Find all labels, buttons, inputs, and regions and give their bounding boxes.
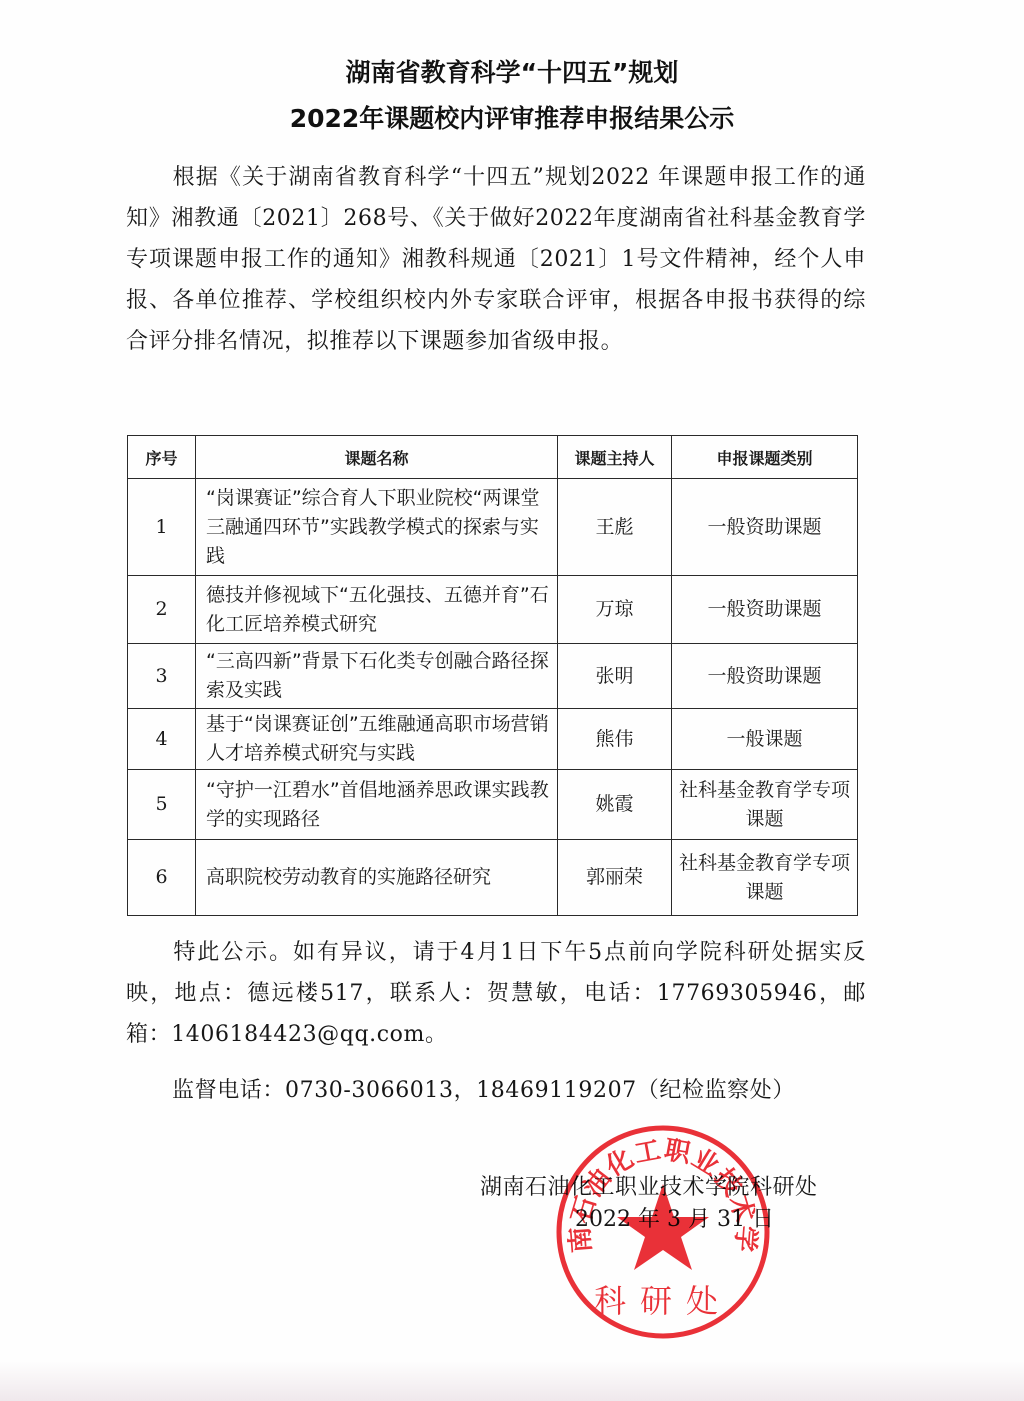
- intro-text: 根据《关于湖南省教育科学“十四五”规划2022 年课题申报工作的通知》湘教通〔2…: [126, 165, 866, 354]
- notice-text: 特此公示。如有异议，请于4月1日下午5点前向学院科研处据实反映，地点：德远楼51…: [126, 940, 866, 1047]
- project-category: 一般课题: [672, 709, 858, 770]
- title-line-2: 2022年课题校内评审推荐申报结果公示: [0, 96, 1024, 142]
- project-category: 社科基金教育学专项课题: [672, 770, 858, 840]
- table-row: 3 “三高四新”背景下石化类专创融合路径探索及实践 张明 一般资助课题: [128, 644, 858, 709]
- project-title: “三高四新”背景下石化类专创融合路径探索及实践: [196, 644, 558, 709]
- row-number: 5: [128, 770, 196, 840]
- table-header-row: 序号 课题名称 课题主持人 申报课题类别: [128, 436, 858, 479]
- project-title: 基于“岗课赛证创”五维融通高职市场营销人才培养模式研究与实践: [196, 709, 558, 770]
- row-number: 6: [128, 840, 196, 916]
- scan-edge-shadow: [0, 1361, 1024, 1401]
- notice-paragraph: 特此公示。如有异议，请于4月1日下午5点前向学院科研处据实反映，地点：德远楼51…: [126, 932, 866, 1055]
- header-title: 课题名称: [196, 436, 558, 479]
- header-number: 序号: [128, 436, 196, 479]
- project-category: 一般资助课题: [672, 644, 858, 709]
- project-title: 高职院校劳动教育的实施路径研究: [196, 840, 558, 916]
- official-seal-icon: 湖南石油化工职业技术学院 科研处: [553, 1122, 773, 1342]
- row-number: 2: [128, 576, 196, 644]
- table-row: 5 “守护一江碧水”首倡地涵养思政课实践教学的实现路径 姚霞 社科基金教育学专项…: [128, 770, 858, 840]
- project-host: 郭丽荣: [558, 840, 672, 916]
- document-page: 湖南省教育科学“十四五”规划 2022年课题校内评审推荐申报结果公示 根据《关于…: [0, 0, 1024, 1401]
- project-category: 社科基金教育学专项课题: [672, 840, 858, 916]
- table-row: 2 德技并修视域下“五化强技、五德并育”石化工匠培养模式研究 万琼 一般资助课题: [128, 576, 858, 644]
- header-host: 课题主持人: [558, 436, 672, 479]
- project-host: 万琼: [558, 576, 672, 644]
- project-category: 一般资助课题: [672, 576, 858, 644]
- table-row: 1 “岗课赛证”综合育人下职业院校“两课堂三融通四环节”实践教学模式的探索与实践…: [128, 479, 858, 576]
- document-title: 湖南省教育科学“十四五”规划 2022年课题校内评审推荐申报结果公示: [0, 50, 1024, 142]
- row-number: 3: [128, 644, 196, 709]
- supervision-paragraph: 监督电话：0730-3066013，18469119207（纪检监察处）: [126, 1070, 866, 1111]
- project-title: “守护一江碧水”首倡地涵养思政课实践教学的实现路径: [196, 770, 558, 840]
- project-title: “岗课赛证”综合育人下职业院校“两课堂三融通四环节”实践教学模式的探索与实践: [196, 479, 558, 576]
- title-line-1: 湖南省教育科学“十四五”规划: [0, 50, 1024, 96]
- project-category: 一般资助课题: [672, 479, 858, 576]
- row-number: 4: [128, 709, 196, 770]
- table-row: 4 基于“岗课赛证创”五维融通高职市场营销人才培养模式研究与实践 熊伟 一般课题: [128, 709, 858, 770]
- svg-text:科研处: 科研处: [594, 1282, 732, 1320]
- intro-paragraph: 根据《关于湖南省教育科学“十四五”规划2022 年课题申报工作的通知》湘教通〔2…: [126, 157, 866, 362]
- supervision-text: 监督电话：0730-3066013，18469119207（纪检监察处）: [172, 1078, 795, 1103]
- recommendation-table: 序号 课题名称 课题主持人 申报课题类别 1 “岗课赛证”综合育人下职业院校“两…: [127, 435, 858, 916]
- project-host: 熊伟: [558, 709, 672, 770]
- project-host: 姚霞: [558, 770, 672, 840]
- row-number: 1: [128, 479, 196, 576]
- table-row: 6 高职院校劳动教育的实施路径研究 郭丽荣 社科基金教育学专项课题: [128, 840, 858, 916]
- header-category: 申报课题类别: [672, 436, 858, 479]
- project-title: 德技并修视域下“五化强技、五德并育”石化工匠培养模式研究: [196, 576, 558, 644]
- project-host: 张明: [558, 644, 672, 709]
- project-host: 王彪: [558, 479, 672, 576]
